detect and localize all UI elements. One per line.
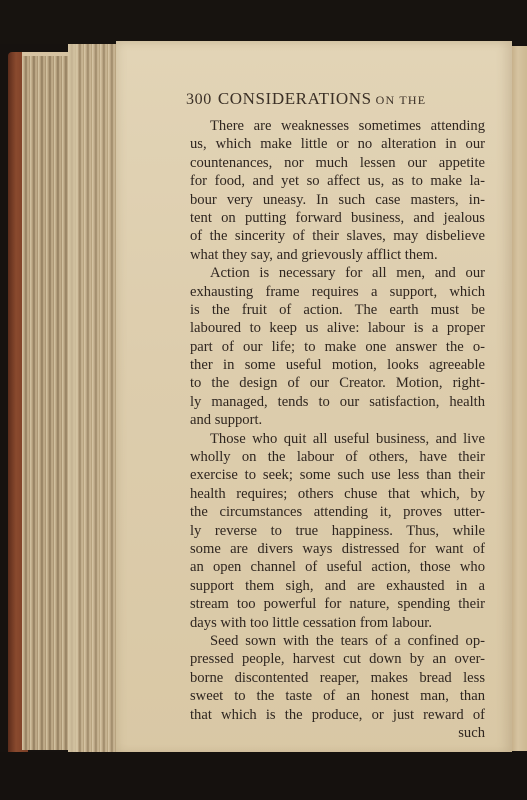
text-line: bour very uneasy. In such case masters, … <box>190 191 485 209</box>
page-block-edges-front <box>68 44 118 752</box>
text-line: for food, and yet so affect us, as to ma… <box>190 172 485 190</box>
text-line: ly managed, tends to our satisfaction, h… <box>190 393 485 411</box>
running-head-smallcaps: ON THE <box>376 93 427 107</box>
facing-page-edge <box>510 46 527 751</box>
text-line: what they say, and grievously afflict th… <box>190 246 485 264</box>
text-line: Seed sown with the tears of a confined o… <box>190 632 485 650</box>
text-line: us, which make little or no alteration i… <box>190 135 485 153</box>
text-line: to the design of our Creator. Motion, ri… <box>190 374 485 392</box>
page-number: 300 <box>186 91 212 108</box>
text-line: some are divers ways distressed for want… <box>190 540 485 558</box>
text-line: laboured to keep us alive: labour is a p… <box>190 319 485 337</box>
text-line: support them sigh, and are exhausted in … <box>190 577 485 595</box>
text-line: of the sincerity of their slaves, may di… <box>190 227 485 245</box>
body-text: There are weaknesses sometimes attending… <box>190 117 485 742</box>
text-line: wholly on the labour of others, have the… <box>190 448 485 466</box>
catchword: such <box>190 724 485 742</box>
text-line: borne discontented reaper, makes bread l… <box>190 669 485 687</box>
text-line: countenances, nor much lessen our appeti… <box>190 154 485 172</box>
text-line: days with too little cessation from labo… <box>190 614 485 632</box>
background-bottom <box>0 752 527 800</box>
text-line: an open channel of useful action, those … <box>190 558 485 576</box>
open-book: 300CONSIDERATIONSON THE There are weakne… <box>0 0 527 800</box>
text-line: There are weaknesses sometimes attending <box>190 117 485 135</box>
text-line: exhausting frame requires a support, whi… <box>190 283 485 301</box>
page-block-top-edge <box>22 52 70 56</box>
text-line: part of our life; to make one answer the… <box>190 338 485 356</box>
text-line: exercise to seek; some such use less tha… <box>190 466 485 484</box>
text-line: stream too powerful for nature, spending… <box>190 595 485 613</box>
text-line: the circumstances attending it, proves u… <box>190 503 485 521</box>
text-line: health requires; others chuse that which… <box>190 485 485 503</box>
text-line: ly reverse to true happiness. Thus, whil… <box>190 522 485 540</box>
text-line: tent on putting forward business, and je… <box>190 209 485 227</box>
text-line: pressed people, harvest cut down by an o… <box>190 650 485 668</box>
text-line: ther in some useful motion, looks agreea… <box>190 356 485 374</box>
text-line: and support. <box>190 411 485 429</box>
text-line: sweet to the taste of an honest man, tha… <box>190 687 485 705</box>
running-head-title: CONSIDERATIONS <box>218 89 372 108</box>
text-line: is the fruit of action. The earth must b… <box>190 301 485 319</box>
text-line: Those who quit all useful business, and … <box>190 430 485 448</box>
text-line: Action is necessary for all men, and our <box>190 264 485 282</box>
running-head: 300CONSIDERATIONSON THE <box>186 89 486 113</box>
text-line: that which is the produce, or just rewar… <box>190 706 485 724</box>
page-block-edges-back <box>22 54 70 750</box>
